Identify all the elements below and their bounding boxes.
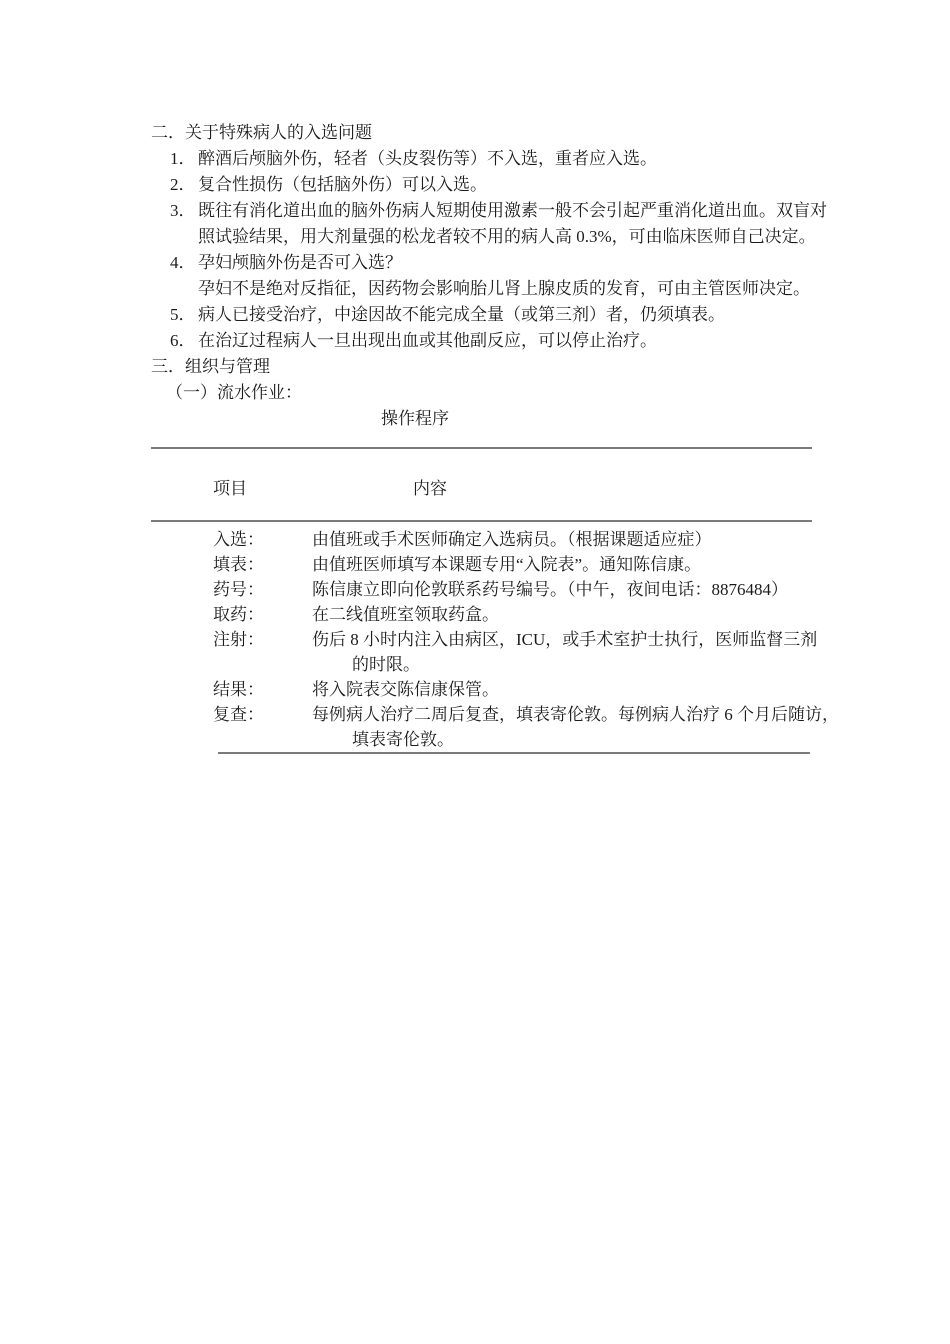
table-row: 取药：在二线值班室领取药盒。 bbox=[151, 602, 812, 627]
list-item: 4．孕妇颅脑外伤是否可入选？孕妇不是绝对反指征，因药物会影响胎儿肾上腺皮质的发育… bbox=[151, 250, 812, 302]
table-row-content-line: 的时限。 bbox=[312, 652, 812, 677]
table-row-content: 由值班或手术医师确定入选病员。（根据课题适应症） bbox=[312, 527, 812, 552]
table-row-label: 药号： bbox=[213, 577, 312, 602]
list-item-number: 4． bbox=[170, 250, 198, 276]
list-item-number: 1． bbox=[170, 146, 198, 172]
table-top-rule bbox=[151, 447, 812, 449]
table-row-content: 陈信康立即向伦敦联系药号编号。（中午，夜间电话：8876484） bbox=[312, 577, 812, 602]
table-header-row: 项目内容 bbox=[151, 476, 812, 502]
list-item: 3．既往有消化道出血的脑外伤病人短期使用激素一般不会引起严重消化道出血。双盲对照… bbox=[151, 198, 812, 250]
section-3-heading: 三．组织与管理 bbox=[151, 354, 812, 380]
list-item-text: 孕妇不是绝对反指征，因药物会影响胎儿肾上腺皮质的发育，可由主管医师决定。 bbox=[198, 279, 810, 298]
table-row-content: 由值班医师填写本课题专用“入院表”。通知陈信康。 bbox=[312, 552, 812, 577]
list-item-line: 2．复合性损伤（包括脑外伤）可以入选。 bbox=[151, 172, 812, 198]
list-item-text: 醉酒后颅脑外伤，轻者（头皮裂伤等）不入选，重者应入选。 bbox=[198, 149, 657, 168]
column-header-item: 项目 bbox=[213, 479, 247, 498]
table-row-content: 每例病人治疗二周后复查，填表寄伦敦。每例病人治疗 6 个月后随访，填表寄伦敦。 bbox=[312, 702, 812, 752]
table-row-content-line: 由值班医师填写本课题专用“入院表”。通知陈信康。 bbox=[312, 552, 812, 577]
procedure-table-body: 入选：由值班或手术医师确定入选病员。（根据课题适应症）填表：由值班医师填写本课题… bbox=[151, 527, 812, 752]
list-item-line: 1．醉酒后颅脑外伤，轻者（头皮裂伤等）不入选，重者应入选。 bbox=[151, 146, 812, 172]
list-item-number: 5． bbox=[170, 302, 198, 328]
column-header-content: 内容 bbox=[413, 479, 447, 498]
table-row-label: 取药： bbox=[213, 602, 312, 627]
table-title: 操作程序 bbox=[151, 406, 812, 432]
list-item-line: 3．既往有消化道出血的脑外伤病人短期使用激素一般不会引起严重消化道出血。双盲对 bbox=[151, 198, 812, 224]
table-row: 注射：伤后 8 小时内注入由病区，ICU，或手术室护士执行，医师监督三剂的时限。 bbox=[151, 627, 812, 677]
table-row-label: 复查： bbox=[213, 702, 312, 752]
section-2-heading: 二．关于特殊病人的入选问题 bbox=[151, 120, 812, 146]
list-item-number: 3． bbox=[170, 198, 198, 224]
list-item: 5．病人已接受治疗，中途因故不能完成全量（或第三剂）者，仍须填表。 bbox=[151, 302, 812, 328]
table-row-content-line: 将入院表交陈信康保管。 bbox=[312, 677, 812, 702]
list-item: 2．复合性损伤（包括脑外伤）可以入选。 bbox=[151, 172, 812, 198]
list-item-line: 照试验结果，用大剂量强的松龙者较不用的病人高 0.3%，可由临床医师自己决定。 bbox=[151, 224, 812, 250]
table-row: 药号：陈信康立即向伦敦联系药号编号。（中午，夜间电话：8876484） bbox=[151, 577, 812, 602]
list-item-number: 6． bbox=[170, 328, 198, 354]
table-row: 结果：将入院表交陈信康保管。 bbox=[151, 677, 812, 702]
list-item-text: 照试验结果，用大剂量强的松龙者较不用的病人高 0.3%，可由临床医师自己决定。 bbox=[198, 227, 816, 246]
document-page: 二．关于特殊病人的入选问题 1．醉酒后颅脑外伤，轻者（头皮裂伤等）不入选，重者应… bbox=[0, 0, 950, 1344]
list-item-text: 复合性损伤（包括脑外伤）可以入选。 bbox=[198, 175, 487, 194]
list-item-text: 在治辽过程病人一旦出现出血或其他副反应，可以停止治疗。 bbox=[198, 331, 657, 350]
list-item-number: 2． bbox=[170, 172, 198, 198]
table-row-label: 结果： bbox=[213, 677, 312, 702]
table-row: 复查：每例病人治疗二周后复查，填表寄伦敦。每例病人治疗 6 个月后随访，填表寄伦… bbox=[151, 702, 812, 752]
table-row-content-line: 每例病人治疗二周后复查，填表寄伦敦。每例病人治疗 6 个月后随访， bbox=[312, 702, 812, 727]
list-item-text: 病人已接受治疗，中途因故不能完成全量（或第三剂）者，仍须填表。 bbox=[198, 305, 725, 324]
table-row-content-line: 陈信康立即向伦敦联系药号编号。（中午，夜间电话：8876484） bbox=[312, 577, 812, 602]
table-row-content: 将入院表交陈信康保管。 bbox=[312, 677, 812, 702]
list-item-line: 6．在治辽过程病人一旦出现出血或其他副反应，可以停止治疗。 bbox=[151, 328, 812, 354]
table-bottom-rule bbox=[218, 752, 810, 754]
list-item: 6．在治辽过程病人一旦出现出血或其他副反应，可以停止治疗。 bbox=[151, 328, 812, 354]
list-item: 1．醉酒后颅脑外伤，轻者（头皮裂伤等）不入选，重者应入选。 bbox=[151, 146, 812, 172]
table-row: 填表：由值班医师填写本课题专用“入院表”。通知陈信康。 bbox=[151, 552, 812, 577]
table-row-content-line: 由值班或手术医师确定入选病员。（根据课题适应症） bbox=[312, 527, 812, 552]
table-header-rule bbox=[151, 520, 812, 522]
list-item-text: 孕妇颅脑外伤是否可入选？ bbox=[198, 253, 402, 272]
document-content: 二．关于特殊病人的入选问题 1．醉酒后颅脑外伤，轻者（头皮裂伤等）不入选，重者应… bbox=[151, 120, 812, 754]
table-row-content: 伤后 8 小时内注入由病区，ICU，或手术室护士执行，医师监督三剂的时限。 bbox=[312, 627, 812, 677]
table-row-label: 填表： bbox=[213, 552, 312, 577]
table-row-content: 在二线值班室领取药盒。 bbox=[312, 602, 812, 627]
table-row-content-line: 在二线值班室领取药盒。 bbox=[312, 602, 812, 627]
list-item-line: 4．孕妇颅脑外伤是否可入选？ bbox=[151, 250, 812, 276]
table-row: 入选：由值班或手术医师确定入选病员。（根据课题适应症） bbox=[151, 527, 812, 552]
list-item-text: 既往有消化道出血的脑外伤病人短期使用激素一般不会引起严重消化道出血。双盲对 bbox=[198, 201, 827, 220]
list-item-line: 5．病人已接受治疗，中途因故不能完成全量（或第三剂）者，仍须填表。 bbox=[151, 302, 812, 328]
list-item-line: 孕妇不是绝对反指征，因药物会影响胎儿肾上腺皮质的发育，可由主管医师决定。 bbox=[151, 276, 812, 302]
table-row-label: 入选： bbox=[213, 527, 312, 552]
table-row-content-line: 填表寄伦敦。 bbox=[312, 727, 812, 752]
section-3-subheading: （一）流水作业： bbox=[151, 380, 812, 406]
table-row-label: 注射： bbox=[213, 627, 312, 677]
special-patient-list: 1．醉酒后颅脑外伤，轻者（头皮裂伤等）不入选，重者应入选。2．复合性损伤（包括脑… bbox=[151, 146, 812, 354]
table-row-content-line: 伤后 8 小时内注入由病区，ICU，或手术室护士执行，医师监督三剂 bbox=[312, 627, 812, 652]
